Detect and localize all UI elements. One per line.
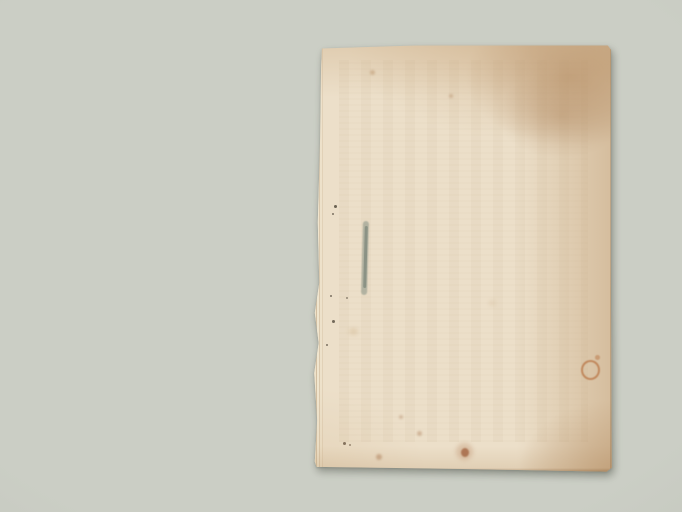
dirt-speck — [349, 444, 351, 446]
foxing-spot — [370, 70, 375, 75]
booklet-back-cover — [313, 42, 612, 472]
foxing-spot — [461, 448, 469, 457]
right-edge — [610, 42, 612, 472]
foxing-spot — [489, 300, 495, 306]
bottom-edge — [316, 468, 612, 472]
foxing-halo — [456, 443, 473, 460]
top-edge — [319, 42, 612, 45]
foxing-spot — [376, 454, 382, 460]
foxing-spot — [349, 328, 358, 335]
ring-stain-dot — [595, 355, 600, 360]
stacked-page-edges — [313, 42, 329, 472]
foxing-spot — [449, 94, 453, 98]
foxing-spot — [417, 431, 422, 436]
stains-layer — [313, 42, 612, 472]
toning-overlay — [313, 42, 612, 472]
booklet-shadow-wrap — [313, 42, 612, 472]
foxing-spot — [399, 415, 403, 419]
dirt-speck — [332, 213, 334, 215]
dirt-speck — [343, 442, 346, 445]
dirt-speck — [326, 344, 328, 346]
tape-residue-core — [363, 226, 368, 288]
photo-background — [0, 0, 682, 512]
dirt-speck — [330, 295, 332, 297]
dirt-speck — [334, 205, 337, 208]
dirt-speck — [346, 297, 348, 299]
tape-residue-streak — [361, 221, 369, 295]
ring-stain — [581, 360, 600, 380]
dirt-speck — [332, 320, 335, 323]
text-showthrough — [339, 60, 588, 442]
specks-layer — [313, 42, 612, 472]
